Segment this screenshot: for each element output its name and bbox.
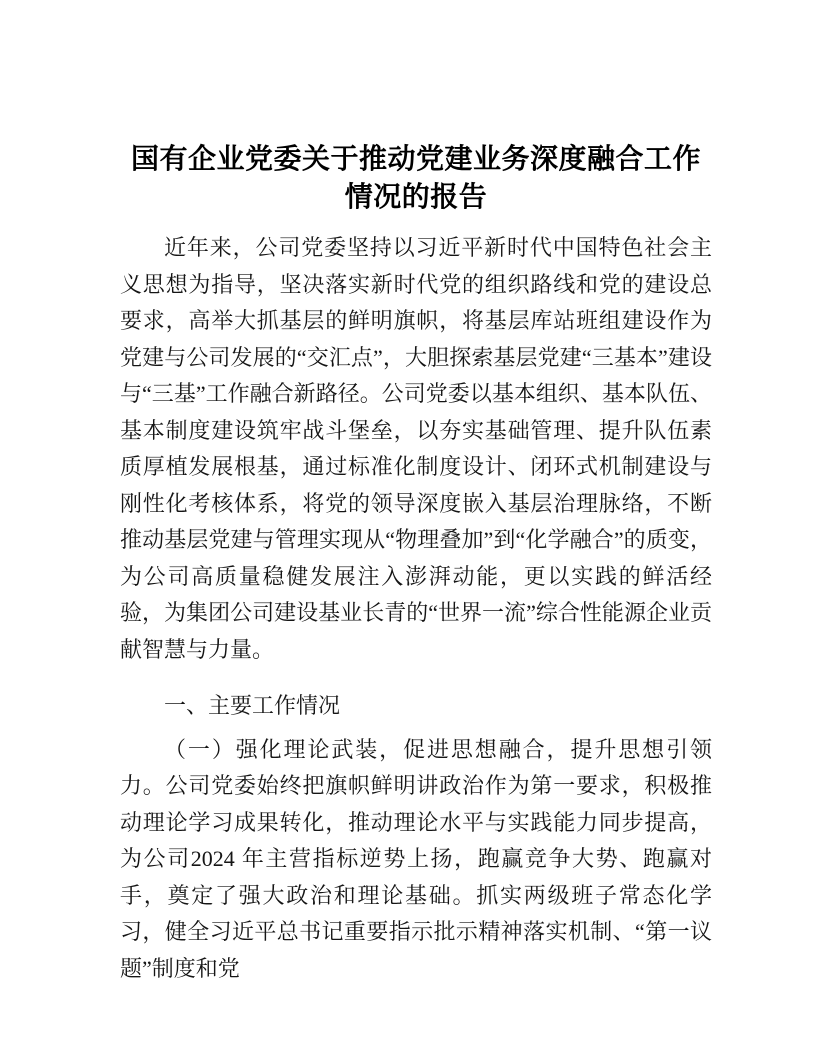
paragraph-section1-item1: （一）强化理论武装，促进思想融合，提升思想引领力。公司党委始终把旗帜鲜明讲政治作…	[120, 732, 712, 988]
section-heading-main-work: 一、主要工作情况	[120, 688, 712, 725]
document-title: 国有企业党委关于推动党建业务深度融合工作情况的报告	[126, 140, 706, 216]
document-page: 国有企业党委关于推动党建业务深度融合工作情况的报告 近年来，公司党委坚持以习近平…	[0, 0, 816, 1056]
paragraph-intro: 近年来，公司党委坚持以习近平新时代中国特色社会主义思想为指导，坚决落实新时代党的…	[120, 230, 712, 668]
